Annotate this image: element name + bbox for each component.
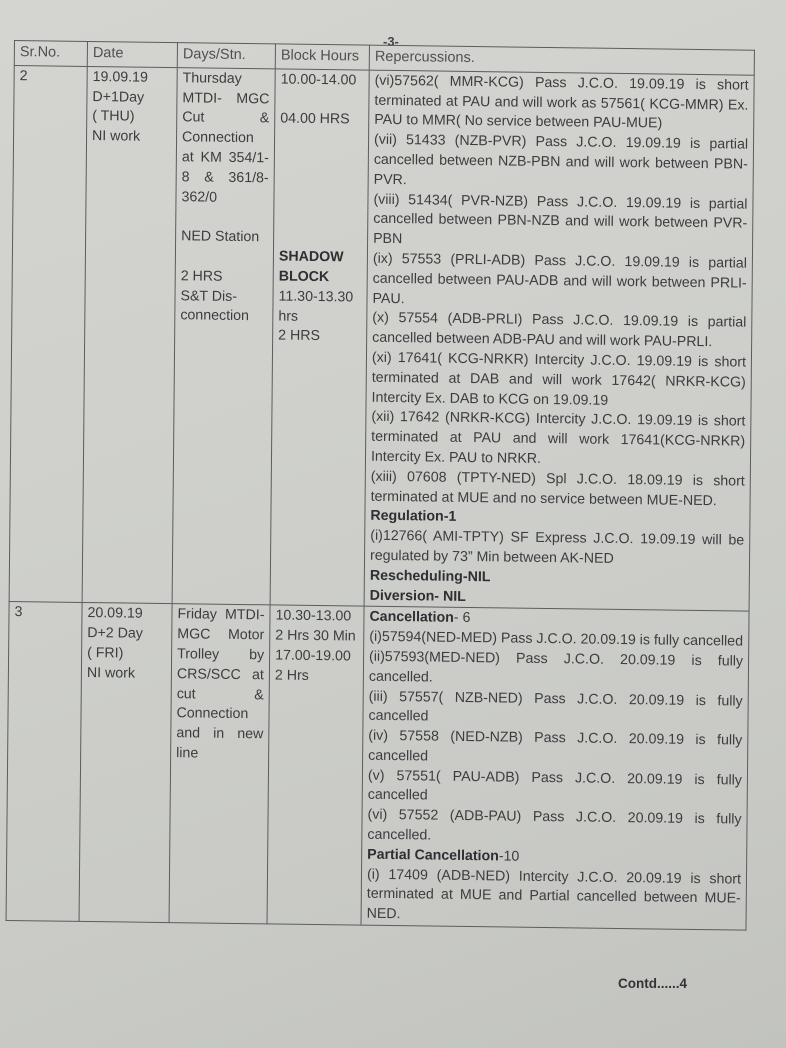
date-value: 20.09.19 — [87, 604, 166, 625]
work-description: Thursday MTDI- MGC Cut & Connection at K… — [181, 69, 269, 209]
date-work-type: NI work — [87, 664, 166, 685]
block-hours-cell: 10.30-13.00 2 Hrs 30 Min 17.00-19.00 2 H… — [267, 605, 364, 925]
partial-cancellation-count: -10 — [499, 848, 520, 864]
date-cell: 20.09.19 D+2 Day ( FRI) NI work — [79, 603, 172, 923]
block-duration: 04.00 HRS — [280, 110, 363, 131]
shadow-block-title: SHADOW BLOCK — [279, 248, 362, 289]
date-offset: D+2 Day — [87, 624, 166, 645]
continued-note: Contd......4 — [618, 976, 687, 991]
date-weekday: ( THU) — [92, 107, 171, 128]
block-time-2: 17.00-19.00 — [275, 646, 358, 667]
shadow-block-time: 11.30-13.30 hrs — [278, 287, 361, 328]
regulation-item: (i)12766( AMI-TPTY) SF Express J.C.O. 19… — [370, 527, 744, 571]
shadow-block-duration: 2 HRS — [278, 327, 361, 348]
cancellation-item: (v) 57551( PAU-ADB) Pass J.C.O. 20.09.19… — [368, 766, 742, 810]
repercussion-item: (vi)57562( MMR-KCG) Pass J.C.O. 19.09.19… — [374, 72, 749, 136]
date-cell: 19.09.19 D+1Day ( THU) NI work — [82, 66, 177, 604]
block-time: 10.00-14.00 — [281, 70, 364, 91]
block-hours-cell: 10.00-14.00 04.00 HRS SHADOW BLOCK 11.30… — [270, 69, 369, 607]
block-duration: 2 Hrs 30 Min — [275, 627, 358, 648]
cancellation-count: - 6 — [454, 610, 471, 626]
repercussion-item: (xii) 17642 (NRKR-KCG) Intercity J.C.O. … — [371, 408, 746, 472]
date-weekday: ( FRI) — [87, 644, 166, 665]
sr-no-cell: 2 — [9, 65, 87, 602]
repercussion-item: (xiii) 07608 (TPTY-NED) Spl J.C.O. 18.09… — [371, 467, 745, 511]
block-time: 10.30-13.00 — [275, 607, 358, 628]
repercussion-item: (viii) 51434( PVR-NZB) Pass J.C.O. 19.09… — [373, 190, 748, 254]
date-value: 19.09.19 — [93, 68, 172, 89]
repercussions-cell: Cancellation- 6 (i)57594(NED-MED) Pass J… — [361, 606, 749, 930]
station-name: NED Station — [181, 227, 268, 248]
cancellation-item: (ii)57593(MED-NED) Pass J.C.O. 20.09.19 … — [369, 648, 743, 692]
repercussions-cell: (vi)57562( MMR-KCG) Pass J.C.O. 19.09.19… — [364, 70, 754, 612]
days-stn-cell: Thursday MTDI- MGC Cut & Connection at K… — [172, 67, 275, 605]
partial-cancellation-heading: Partial Cancellation — [367, 847, 499, 865]
table-row: 3 20.09.19 D+2 Day ( FRI) NI work Friday… — [6, 602, 749, 930]
header-date: Date — [87, 41, 177, 67]
repercussion-item: (x) 57554 (ADB-PRLI) Pass J.C.O. 19.09.1… — [372, 309, 746, 353]
header-sr-no: Sr.No. — [14, 41, 87, 67]
header-days-stn: Days/Stn. — [177, 43, 275, 69]
repercussion-item: (xi) 17641( KCG-NRKR) Intercity J.C.O. 1… — [371, 349, 746, 413]
sr-no-cell: 3 — [6, 602, 82, 922]
repercussion-item: (ix) 57553 (PRLI-ADB) Pass J.C.O. 19.09.… — [372, 250, 747, 314]
block-schedule-table: Sr.No. Date Days/Stn. Block Hours Reperc… — [6, 40, 755, 931]
header-block-hours: Block Hours — [275, 44, 369, 70]
date-work-type: NI work — [92, 127, 171, 148]
days-stn-cell: Friday MTDI-MGC Motor Trolley by CRS/SCC… — [169, 604, 270, 924]
cancellation-heading: Cancellation — [369, 609, 454, 626]
table-row: 2 19.09.19 D+1Day ( THU) NI work Thursda… — [9, 65, 754, 611]
cancellation-item: (iv) 57558 (NED-NZB) Pass J.C.O. 20.09.1… — [368, 727, 742, 771]
date-offset: D+1Day — [92, 88, 171, 109]
work-description: Friday MTDI-MGC Motor Trolley by CRS/SCC… — [176, 605, 265, 765]
repercussion-item: (vii) 51433 (NZB-PVR) Pass J.C.O. 19.09.… — [374, 131, 749, 195]
cancellation-item: (vi) 57552 (ADB-PAU) Pass J.C.O. 20.09.1… — [367, 806, 741, 850]
st-work: S&T Dis-connection — [180, 287, 267, 328]
partial-cancellation-item: (i) 17409 (ADB-NED) Intercity J.C.O. 20.… — [367, 865, 742, 929]
cancellation-item: (iii) 57557( NZB-NED) Pass J.C.O. 20.09.… — [368, 687, 742, 731]
block-duration-2: 2 Hrs — [275, 666, 358, 687]
st-duration: 2 HRS — [181, 267, 268, 288]
